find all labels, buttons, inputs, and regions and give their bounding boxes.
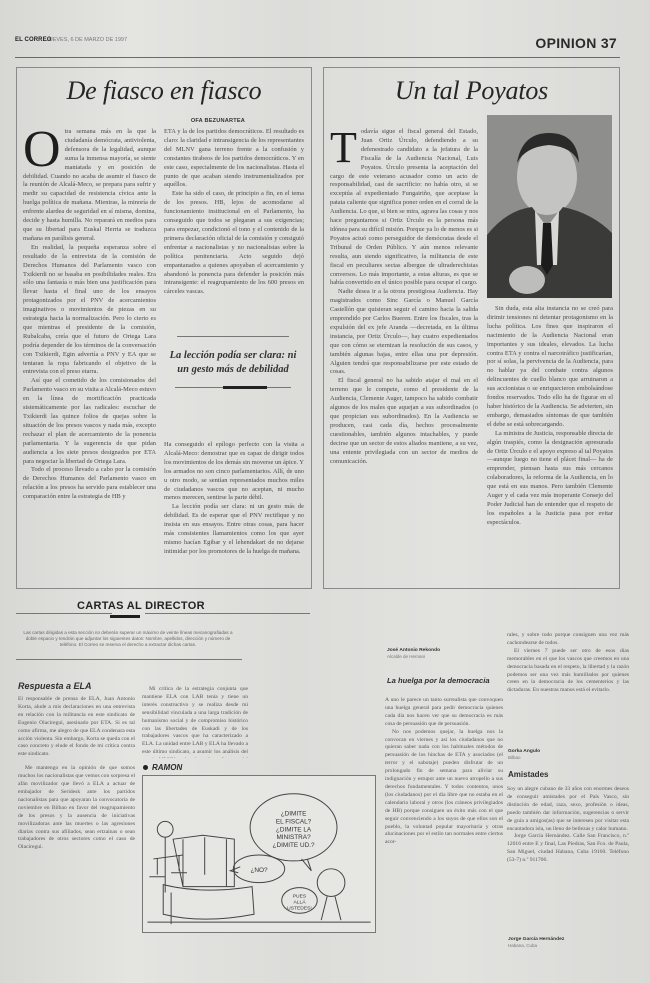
letter-paragraph: No nos podemos quejar, la huelga nos la … <box>385 729 503 848</box>
letter-amistades-column: Soy un alegre cubano de 33 años con enor… <box>507 786 629 936</box>
letter-huelga-column: A uno le parece un tanto surrealista que… <box>385 697 503 957</box>
svg-text:USTEDES!: USTEDES! <box>287 905 312 911</box>
letter-paragraph: El responsable de prensa de ELA, Juan An… <box>18 696 135 759</box>
letter-title: Respuesta a ELA <box>18 681 92 691</box>
letter-signature-block: Gorka Angulo Bilbao <box>508 749 540 761</box>
svg-text:¿DIMITE UD.?: ¿DIMITE UD.? <box>273 842 315 849</box>
article-headline: De fiasco en fiasco <box>17 76 311 106</box>
letter-huelga-continued: rales, y sobre todo porque consiguen una… <box>507 632 629 748</box>
article-column-2-continued: Ha conseguido el epílogo perfecto con la… <box>164 441 304 583</box>
svg-text:¿DIMITE LA: ¿DIMITE LA <box>276 826 312 833</box>
portrait-image <box>487 115 612 298</box>
section-title: OPINION 37 <box>535 35 617 51</box>
article-paragraph: Sin duda, esta alta instancia no se creó… <box>487 305 613 430</box>
letter-paragraph: Me mantengo en la opinión de que somos m… <box>18 765 135 852</box>
letter-respuesta-a-ela-column-2: Mi crítica de la estrategia conjunta que… <box>142 686 248 758</box>
cartoon-label: RAMON <box>143 763 182 772</box>
letter-title: La huelga por la democracia <box>387 676 497 685</box>
svg-text:EL FISCAL?: EL FISCAL? <box>276 818 312 825</box>
article-paragraph: Este ha sido el caso, de principio a fin… <box>164 190 304 297</box>
article-paragraph: Otra semana más en la que la ciudadanía … <box>23 128 156 244</box>
page-number: 37 <box>601 35 617 51</box>
letter-respuesta-a-ela-column-1: El responsable de prensa de ELA, Juan An… <box>18 696 135 966</box>
letter-respuesta-a-ela-column-3 <box>256 604 374 760</box>
article-paragraph: Así que el cometido de los comisionados … <box>23 377 156 466</box>
article-column-2: ETA y la de los partidos democráticos. E… <box>164 128 304 328</box>
editorial-cartoon: ¿DIMITE EL FISCAL? ¿DIMITE LA MINISTRA? … <box>142 775 376 933</box>
bullet-icon <box>143 765 148 770</box>
article-byline: OFA BEZUNARTEA <box>191 118 245 124</box>
portrait-photo <box>487 115 612 298</box>
article-paragraph: Todavía sigue el fiscal general del Esta… <box>330 128 478 288</box>
pull-quote: La lección podía ser clara: ni un gesto … <box>163 336 303 388</box>
drop-cap: T <box>330 130 357 166</box>
letter-paragraph: El viernes 7 puede ser otro de esos días… <box>507 648 629 695</box>
divider <box>16 659 242 660</box>
article-column-1: Otra semana más en la que la ciudadanía … <box>23 128 156 583</box>
section-name: OPINION <box>535 35 596 51</box>
page-header: EL CORREO JUEVES, 6 DE MARZO DE 1997 OPI… <box>15 32 620 58</box>
drop-cap: O <box>23 130 61 170</box>
article-paragraph: Nadie desea ir a la otrora prestigiosa A… <box>330 288 478 377</box>
article-paragraph: Todo el proceso llevado a cabo por la co… <box>23 466 156 502</box>
svg-text:ALLÁ: ALLÁ <box>293 898 306 905</box>
article-de-fiasco-en-fiasco: De fiasco en fiasco OFA BEZUNARTEA Otra … <box>16 67 312 589</box>
letter-paragraph: rales, y sobre todo porque consiguen una… <box>507 632 629 648</box>
article-headline: Un tal Poyatos <box>324 76 619 106</box>
svg-text:MINISTRA?: MINISTRA? <box>276 834 311 841</box>
letter-signature-location: Bilbao <box>508 755 540 761</box>
letter-respuesta-a-ela-end <box>384 603 502 643</box>
article-un-tal-poyatos: Un tal Poyatos FERNANDO JAUREGUI Todavía… <box>323 67 620 589</box>
letter-paragraph: Soy un alegre cubano de 33 años con enor… <box>507 786 629 833</box>
article-paragraph: Ha conseguido el epílogo perfecto con la… <box>164 441 304 503</box>
letter-title: Amistades <box>508 770 548 779</box>
divider <box>16 613 112 614</box>
article-column-1: Todavía sigue el fiscal general del Esta… <box>330 128 478 583</box>
letter-signature-location: Habana, Cuba <box>508 943 564 949</box>
pull-quote-text: La lección podía ser clara: ni un gesto … <box>163 349 303 377</box>
divider <box>175 387 291 388</box>
letters-notice: Las cartas dirigidas a esta sección no d… <box>22 630 234 649</box>
letter-signature-location: Alcalde de Hernani <box>387 654 440 660</box>
letter-signature-block: José Antonio Rekondo Alcalde de Hernani <box>387 648 440 660</box>
title-underline-bar <box>110 615 140 618</box>
letter-paragraph: Mi crítica de la estrategia conjunta que… <box>142 686 248 758</box>
article-paragraph: ETA y la de los partidos democráticos. E… <box>164 128 304 190</box>
letters-section-title: CARTAS AL DIRECTOR <box>77 600 205 612</box>
article-column-2: Sin duda, esta alta instancia no se creó… <box>487 305 613 583</box>
newspaper-page: EL CORREO JUEVES, 6 DE MARZO DE 1997 OPI… <box>0 0 650 983</box>
letter-signature-block: Jorge García Hernández Habana, Cuba <box>508 937 564 949</box>
cartoon-drawing: ¿DIMITE EL FISCAL? ¿DIMITE LA MINISTRA? … <box>143 776 375 932</box>
letter-paragraph: Jorge García Hernández. Calle San Franci… <box>507 833 629 865</box>
article-paragraph: El fiscal general no ha sabido atajar el… <box>330 377 478 466</box>
svg-text:¿DIMITE: ¿DIMITE <box>281 810 307 817</box>
cartoonist-name: RAMON <box>152 763 182 772</box>
article-paragraph: En realidad, la pequeña esperanza sobre … <box>23 244 156 378</box>
publication-date: JUEVES, 6 DE MARZO DE 1997 <box>46 37 127 43</box>
article-paragraph: La lección podía ser clara: ni un gesto … <box>164 503 304 556</box>
letter-paragraph: A uno le parece un tanto surrealista que… <box>385 697 503 729</box>
svg-text:¿NO?: ¿NO? <box>250 867 268 874</box>
article-paragraph: La ministra de Justicia, responsable dir… <box>487 430 613 528</box>
svg-text:PUES: PUES <box>293 893 307 899</box>
divider <box>177 336 289 337</box>
